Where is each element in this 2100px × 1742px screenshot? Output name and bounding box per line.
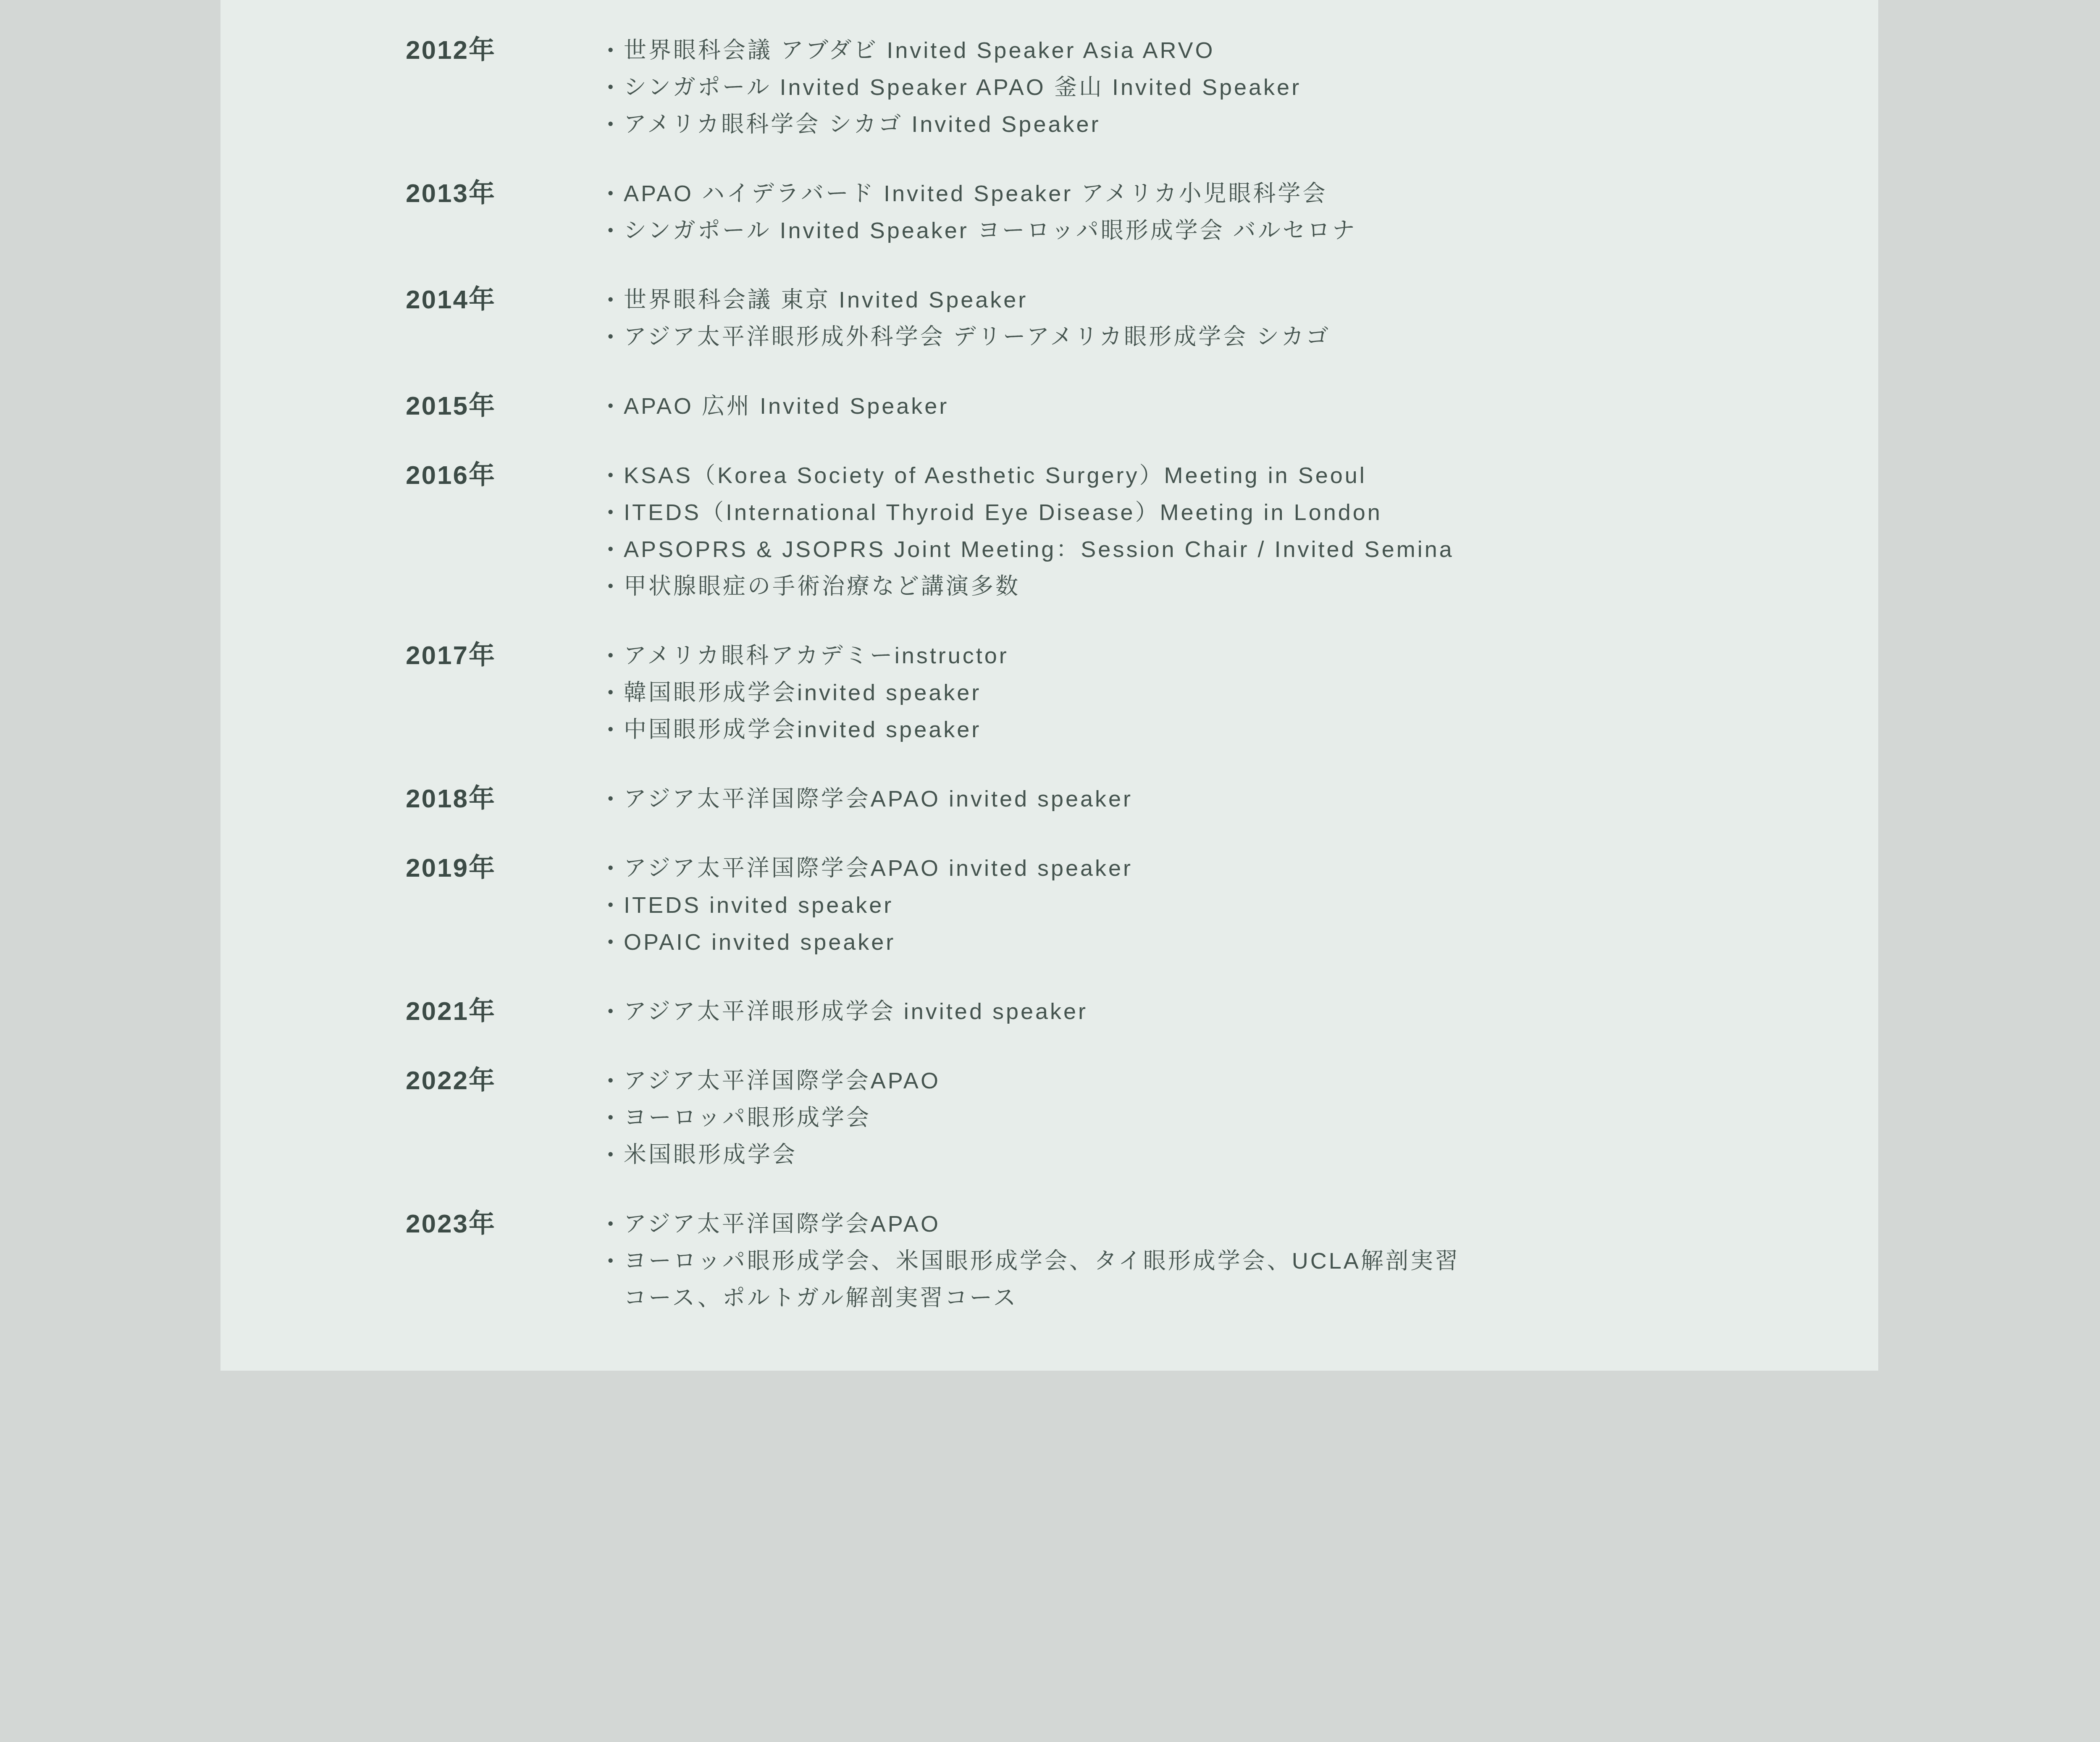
timeline-item: • 中国眼形成学会invited speaker [608, 711, 1009, 748]
timeline-item: • アジア太平洋国際学会APAO invited speaker [608, 780, 1133, 817]
timeline-item: • ヨーロッパ眼形成学会 [608, 1099, 940, 1136]
entry-year-label: 2012年 [406, 32, 608, 69]
bullet-icon: • [608, 674, 624, 711]
bullet-icon: • [608, 568, 624, 605]
bullet-icon: • [608, 212, 624, 249]
bullet-icon: • [608, 711, 624, 748]
entry-year-label: 2016年 [406, 457, 608, 494]
entry-item-list: • KSAS（Korea Society of Aesthetic Surger… [608, 457, 1454, 605]
timeline-item: • 世界眼科会議 アブダビ Invited Speaker Asia ARVO [608, 32, 1301, 69]
item-text: アジア太平洋国際学会APAO invited speaker [624, 780, 1133, 817]
item-text: KSAS（Korea Society of Aesthetic Surgery）… [624, 457, 1367, 494]
timeline-entry: 2018年 • アジア太平洋国際学会APAO invited speaker [406, 780, 1878, 817]
timeline-entry: 2022年 • アジア太平洋国際学会APAO • ヨーロッパ眼形成学会 • 米国… [406, 1062, 1878, 1173]
timeline-item: • ヨーロッパ眼形成学会、米国眼形成学会、タイ眼形成学会、UCLA解剖実習 コー… [608, 1243, 1460, 1316]
item-text: 中国眼形成学会invited speaker [624, 711, 981, 748]
entry-item-list: • 世界眼科会議 アブダビ Invited Speaker Asia ARVO … [608, 32, 1301, 143]
item-text: OPAIC invited speaker [624, 924, 895, 961]
timeline-item: • 米国眼形成学会 [608, 1136, 940, 1173]
item-text: ITEDS invited speaker [624, 887, 893, 924]
item-text: 世界眼科会議 東京 Invited Speaker [624, 281, 1028, 318]
entry-year-label: 2013年 [406, 175, 608, 212]
bullet-icon: • [608, 318, 624, 355]
timeline-entry: 2013年 • APAO ハイデラバード Invited Speaker アメリ… [406, 175, 1878, 249]
timeline-entry: 2016年 • KSAS（Korea Society of Aesthetic … [406, 457, 1878, 605]
timeline-item: • APSOPRS & JSOPRS Joint Meeting：Session… [608, 531, 1454, 568]
timeline-item: • 甲状腺眼症の手術治療など講演多数 [608, 568, 1454, 605]
item-text: アメリカ眼科アカデミーinstructor [624, 637, 1009, 674]
entry-year-label: 2018年 [406, 780, 608, 817]
entry-item-list: • アジア太平洋国際学会APAO • ヨーロッパ眼形成学会、米国眼形成学会、タイ… [608, 1206, 1460, 1316]
bullet-icon: • [608, 1206, 624, 1243]
entry-year-label: 2023年 [406, 1206, 608, 1243]
bullet-icon: • [608, 780, 624, 817]
timeline-entry: 2012年 • 世界眼科会議 アブダビ Invited Speaker Asia… [406, 32, 1878, 143]
entry-year-label: 2022年 [406, 1062, 608, 1099]
item-text: 世界眼科会議 アブダビ Invited Speaker Asia ARVO [624, 32, 1215, 69]
timeline-item: • ITEDS invited speaker [608, 887, 1133, 924]
timeline-item: • アジア太平洋眼形成外科学会 デリーアメリカ眼形成学会 シカゴ [608, 318, 1331, 355]
timeline-entry: 2021年 • アジア太平洋眼形成学会 invited speaker [406, 993, 1878, 1030]
entry-year-label: 2015年 [406, 388, 608, 425]
history-panel: 2012年 • 世界眼科会議 アブダビ Invited Speaker Asia… [220, 0, 1878, 1371]
timeline-item: • KSAS（Korea Society of Aesthetic Surger… [608, 457, 1454, 494]
bullet-icon: • [608, 175, 624, 212]
timeline-entry: 2023年 • アジア太平洋国際学会APAO • ヨーロッパ眼形成学会、米国眼形… [406, 1206, 1878, 1316]
bullet-icon: • [608, 1136, 624, 1173]
item-text: APAO ハイデラバード Invited Speaker アメリカ小児眼科学会 [624, 175, 1328, 212]
bullet-icon: • [608, 457, 624, 494]
timeline-item: • アジア太平洋国際学会APAO [608, 1062, 940, 1099]
entry-year-label: 2017年 [406, 637, 608, 674]
item-text: シンガポール Invited Speaker ヨーロッパ眼形成学会 バルセロナ [624, 212, 1357, 249]
bullet-icon: • [608, 1099, 624, 1136]
item-text: アメリカ眼科学会 シカゴ Invited Speaker [624, 106, 1100, 143]
timeline-entry: 2017年 • アメリカ眼科アカデミーinstructor • 韓国眼形成学会i… [406, 637, 1878, 748]
timeline-item: • シンガポール Invited Speaker ヨーロッパ眼形成学会 バルセロ… [608, 212, 1357, 249]
bullet-icon: • [608, 32, 624, 69]
timeline-item: • アメリカ眼科学会 シカゴ Invited Speaker [608, 106, 1301, 143]
bullet-icon: • [608, 106, 624, 143]
entry-year-label: 2014年 [406, 281, 608, 318]
timeline-entry: 2014年 • 世界眼科会議 東京 Invited Speaker • アジア太… [406, 281, 1878, 355]
timeline-entry: 2019年 • アジア太平洋国際学会APAO invited speaker •… [406, 850, 1878, 961]
bullet-icon: • [608, 1243, 624, 1280]
item-text: 甲状腺眼症の手術治療など講演多数 [624, 568, 1020, 605]
bullet-icon: • [608, 69, 624, 106]
timeline-entry: 2015年 • APAO 広州 Invited Speaker [406, 388, 1878, 425]
entry-item-list: • APAO ハイデラバード Invited Speaker アメリカ小児眼科学… [608, 175, 1357, 249]
item-text: 米国眼形成学会 [624, 1136, 797, 1173]
entry-item-list: • アジア太平洋国際学会APAO invited speaker [608, 780, 1133, 817]
entry-year-label: 2019年 [406, 850, 608, 887]
item-text: APSOPRS & JSOPRS Joint Meeting：Session C… [624, 531, 1454, 568]
bullet-icon: • [608, 850, 624, 887]
bullet-icon: • [608, 281, 624, 318]
timeline-item: • OPAIC invited speaker [608, 924, 1133, 961]
item-text: ITEDS（International Thyroid Eye Disease）… [624, 494, 1382, 531]
entry-item-list: • アジア太平洋国際学会APAO • ヨーロッパ眼形成学会 • 米国眼形成学会 [608, 1062, 940, 1173]
entry-item-list: • アジア太平洋眼形成学会 invited speaker [608, 993, 1088, 1030]
bullet-icon: • [608, 637, 624, 674]
entry-item-list: • アジア太平洋国際学会APAO invited speaker • ITEDS… [608, 850, 1133, 961]
item-text: ヨーロッパ眼形成学会 [624, 1099, 871, 1136]
item-text: アジア太平洋国際学会APAO [624, 1062, 940, 1099]
timeline-item: • アジア太平洋国際学会APAO invited speaker [608, 850, 1133, 887]
timeline-item: • シンガポール Invited Speaker APAO 釜山 Invited… [608, 69, 1301, 106]
entry-item-list: • 世界眼科会議 東京 Invited Speaker • アジア太平洋眼形成外… [608, 281, 1331, 355]
timeline-item: • 韓国眼形成学会invited speaker [608, 674, 1009, 711]
item-text: シンガポール Invited Speaker APAO 釜山 Invited S… [624, 69, 1301, 106]
timeline-item: • 世界眼科会議 東京 Invited Speaker [608, 281, 1331, 318]
entry-item-list: • アメリカ眼科アカデミーinstructor • 韓国眼形成学会invited… [608, 637, 1009, 748]
timeline-item: • APAO 広州 Invited Speaker [608, 388, 949, 425]
bullet-icon: • [608, 494, 624, 531]
timeline-item: • ITEDS（International Thyroid Eye Diseas… [608, 494, 1454, 531]
item-text: ヨーロッパ眼形成学会、米国眼形成学会、タイ眼形成学会、UCLA解剖実習 コース、… [624, 1243, 1460, 1316]
item-text: アジア太平洋眼形成外科学会 デリーアメリカ眼形成学会 シカゴ [624, 318, 1331, 355]
entry-year-label: 2021年 [406, 993, 608, 1030]
item-text: APAO 広州 Invited Speaker [624, 388, 949, 425]
timeline-item: • アメリカ眼科アカデミーinstructor [608, 637, 1009, 674]
item-text: アジア太平洋国際学会APAO invited speaker [624, 850, 1133, 887]
item-text: アジア太平洋国際学会APAO [624, 1206, 940, 1243]
item-text: アジア太平洋眼形成学会 invited speaker [624, 993, 1088, 1030]
bullet-icon: • [608, 924, 624, 961]
bullet-icon: • [608, 993, 624, 1030]
timeline-item: • アジア太平洋国際学会APAO [608, 1206, 1460, 1243]
entry-item-list: • APAO 広州 Invited Speaker [608, 388, 949, 425]
item-text: 韓国眼形成学会invited speaker [624, 674, 981, 711]
timeline-item: • APAO ハイデラバード Invited Speaker アメリカ小児眼科学… [608, 175, 1357, 212]
bullet-icon: • [608, 388, 624, 425]
bullet-icon: • [608, 531, 624, 568]
bullet-icon: • [608, 887, 624, 924]
lecture-history-timeline: 2012年 • 世界眼科会議 アブダビ Invited Speaker Asia… [220, 0, 1878, 1316]
timeline-item: • アジア太平洋眼形成学会 invited speaker [608, 993, 1088, 1030]
bullet-icon: • [608, 1062, 624, 1099]
